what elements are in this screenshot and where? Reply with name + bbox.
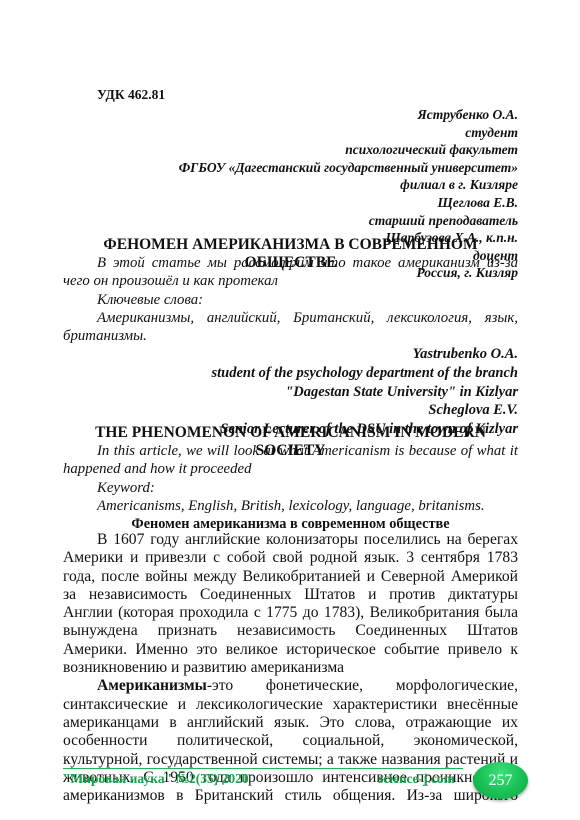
author-line: психологический факультет <box>179 141 518 159</box>
body-text: В 1607 году английские колонизаторы посе… <box>63 531 518 805</box>
footer-divider <box>63 768 463 769</box>
author-line: старший преподаватель <box>179 212 518 230</box>
page-number-badge: 257 <box>473 762 528 799</box>
author-line: Щеглова Е.В. <box>179 194 518 212</box>
site-link[interactable]: science-j.com <box>378 771 455 787</box>
author-line: Яструбенко О.А. <box>179 106 518 124</box>
keywords-label-ru: Ключевые слова: <box>63 291 518 309</box>
abstract-block-en: In this article, we will look at what Am… <box>63 442 518 515</box>
author-line: student of the psychology department of … <box>211 364 518 383</box>
author-line: Yastrubenko O.A. <box>211 345 518 364</box>
abstract-ru: В этой статье мы рассмотрим что такое ам… <box>63 254 518 291</box>
keywords-en: Americanisms, English, British, lexicolo… <box>63 497 518 515</box>
udk-code: УДК 462.81 <box>97 87 165 103</box>
term-americanisms: Американизмы <box>97 677 207 694</box>
paragraph-1: В 1607 году английские колонизаторы посе… <box>63 531 518 677</box>
abstract-en: In this article, we will look at what Am… <box>63 442 518 479</box>
keywords-label-en: Keyword: <box>63 479 518 497</box>
keywords-ru: Американизмы, английский, Британский, ле… <box>63 309 518 346</box>
author-line: филиал в г. Кизляре <box>179 176 518 194</box>
author-line: студент <box>179 124 518 142</box>
author-line: Scheglova E.V. <box>211 401 518 420</box>
abstract-block-ru: В этой статье мы рассмотрим что такое ам… <box>63 254 518 345</box>
journal-name: "Мировая наука" №2(35) 2020 <box>63 771 249 787</box>
author-line: ФГБОУ «Дагестанский государственный унив… <box>179 159 518 177</box>
author-line: "Dagestan State University" in Kizlyar <box>211 383 518 402</box>
